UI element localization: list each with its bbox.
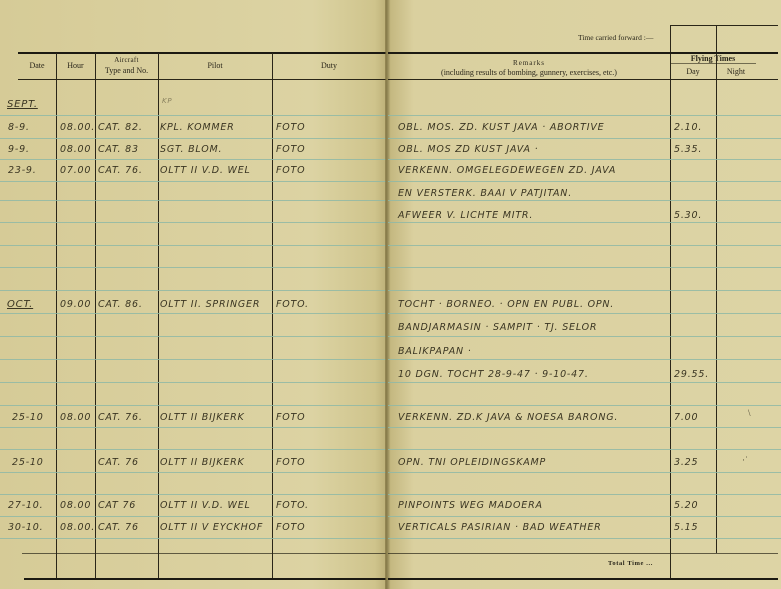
- ruled-line: [0, 336, 386, 337]
- entry-duty: Foto.: [276, 299, 309, 310]
- pilot-initials-annotation: KP: [162, 97, 172, 105]
- entry-pilot: Oltt II v.d. Wel: [160, 165, 251, 176]
- footer-rule: [22, 553, 386, 554]
- entry-hour: 08.00: [60, 500, 91, 511]
- ruled-line: [0, 472, 386, 473]
- ruled-line: [0, 245, 386, 246]
- ruled-line: [388, 538, 781, 539]
- entry-aircraft: Cat. 76: [98, 522, 139, 533]
- entry-pilot: Oltt II Bijkerk: [160, 412, 245, 423]
- col-header-duty: Duty: [272, 61, 386, 70]
- entry-hour: 07.00: [60, 165, 91, 176]
- entry-date: 25-10: [12, 457, 44, 468]
- book-gutter: [385, 0, 387, 589]
- entry-date: 23-9.: [8, 165, 37, 176]
- entry-remarks: Verkenn. Zd.k Java & Noesa Barong.: [398, 412, 618, 423]
- ruled-line: [0, 181, 386, 182]
- ruled-line: [0, 200, 386, 201]
- col-header-pilot: Pilot: [158, 61, 272, 70]
- ruled-line: [388, 245, 781, 246]
- entry-duty: Foto: [276, 412, 305, 423]
- col-header-hour: Hour: [56, 61, 95, 70]
- entry-date: 9-9.: [8, 144, 30, 155]
- col-header-aircraft-line2: Type and No.: [95, 66, 158, 75]
- entry-remarks: Bandjarmasin · Sampit · Tj. Selor: [398, 322, 597, 333]
- entry-duty: Foto: [276, 144, 305, 155]
- ruled-line: [0, 267, 386, 268]
- ruled-line: [388, 313, 781, 314]
- ruled-line: [388, 494, 781, 495]
- entry-pilot: Oltt II v Eyckhof: [160, 522, 263, 533]
- time-carried-forward-label: Time carried forward :—: [578, 33, 653, 42]
- ruled-line: [0, 449, 386, 450]
- ruled-line: [388, 472, 781, 473]
- ruled-line: [388, 382, 781, 383]
- entry-remarks: Balikpapan ·: [398, 346, 472, 357]
- ruled-line: [0, 494, 386, 495]
- ruled-line: [388, 516, 781, 517]
- tick-mark: \: [748, 408, 751, 418]
- entry-aircraft: Cat 76: [98, 500, 136, 511]
- ruled-line: [388, 159, 781, 160]
- entry-remarks: Obl. mos. Zd. kust Java · Abortive: [398, 122, 604, 133]
- entry-day-time: 3.25: [674, 457, 698, 468]
- entry-pilot: Oltt II v.d. Wel: [160, 500, 251, 511]
- entry-day-time: 5.20: [674, 500, 698, 511]
- entry-duty: Foto.: [276, 500, 309, 511]
- entry-duty: Foto: [276, 522, 305, 533]
- ruled-line: [0, 159, 386, 160]
- header-bottom-rule: [18, 79, 386, 80]
- footer-rule: [388, 553, 778, 554]
- ruled-line: [388, 267, 781, 268]
- ruled-line: [0, 290, 386, 291]
- ruled-line: [0, 359, 386, 360]
- entry-aircraft: Cat. 86.: [98, 299, 143, 310]
- entry-aircraft: Cat. 82.: [98, 122, 143, 133]
- ruled-line: [388, 200, 781, 201]
- entry-remarks: Verticals Pasirian · bad weather: [398, 522, 602, 533]
- bottom-rule: [388, 578, 778, 580]
- day-column-left-divider: [670, 25, 671, 578]
- entry-remarks: Obl. mos Zd kust Java ·: [398, 144, 538, 155]
- ruled-line: [388, 405, 781, 406]
- entry-remarks: en versterk. Baai v Patjitan.: [398, 188, 572, 199]
- right-page: Time carried forward :— Remarks (includi…: [388, 0, 781, 589]
- ruled-line: [388, 449, 781, 450]
- day-night-divider: [716, 25, 717, 553]
- col-header-night: Night: [716, 67, 756, 76]
- header-top-rule: [18, 52, 386, 54]
- carried-forward-top-rule: [670, 25, 778, 26]
- ruled-line: [388, 359, 781, 360]
- ruled-line: [0, 427, 386, 428]
- entry-aircraft: Cat. 76.: [98, 412, 143, 423]
- entry-hour: 08.00: [60, 412, 91, 423]
- entry-remarks: 10 dgn. tocht 28-9-47 · 9-10-47.: [398, 369, 589, 380]
- entry-remarks: Afweer v. lichte mitr.: [398, 210, 533, 221]
- entry-hour: 08.00: [60, 144, 91, 155]
- entry-hour: 08.00.: [60, 122, 95, 133]
- entry-date: 25-10: [12, 412, 44, 423]
- entry-hour: 08.00.: [60, 522, 95, 533]
- ruled-line: [0, 115, 386, 116]
- month-label-oct: Oct.: [7, 299, 33, 310]
- ruled-line: [388, 115, 781, 116]
- entry-day-time: 5.15: [674, 522, 698, 533]
- entry-duty: Foto: [276, 457, 305, 468]
- entry-remarks: Opn. TNI opleidingskamp: [398, 457, 546, 468]
- remarks-header-title: Remarks: [388, 59, 670, 68]
- header-bottom-rule: [388, 79, 778, 80]
- ruled-line: [388, 427, 781, 428]
- remarks-header-subtitle: (including results of bombing, gunnery, …: [388, 68, 670, 77]
- logbook-spread: Date Hour Aircraft Type and No. Pilot Du…: [0, 0, 781, 589]
- column-divider: [95, 53, 96, 578]
- entry-remarks: Verkenn. omgelegdewegen Zd. Java: [398, 165, 616, 176]
- entry-day-time: 5.35.: [674, 144, 702, 155]
- total-time-label: Total Time ...: [608, 560, 653, 567]
- ruled-line: [388, 181, 781, 182]
- entry-day-time: 2.10.: [674, 122, 702, 133]
- entry-remarks: Tocht · Borneo. · opn en publ. opn.: [398, 299, 614, 310]
- ruled-line: [0, 382, 386, 383]
- entry-day-time: 29.55.: [674, 369, 709, 380]
- ruled-line: [0, 313, 386, 314]
- entry-date: 27-10.: [8, 500, 43, 511]
- entry-aircraft: Cat. 83: [98, 144, 139, 155]
- ruled-line: [388, 138, 781, 139]
- entry-day-time: 7.00: [674, 412, 698, 423]
- ruled-line: [0, 516, 386, 517]
- ruled-line: [0, 222, 386, 223]
- column-divider: [56, 53, 57, 578]
- entry-aircraft: Cat. 76: [98, 457, 139, 468]
- entry-date: 8-9.: [8, 122, 30, 133]
- entry-day-time: 5.30.: [674, 210, 702, 221]
- ruled-line: [0, 405, 386, 406]
- entry-remarks: Pinpoints weg Madoera: [398, 500, 543, 511]
- entry-date: 30-10.: [8, 522, 43, 533]
- entry-pilot: Kpl. Kommer: [160, 122, 235, 133]
- ruled-line: [0, 538, 386, 539]
- month-label-sept: Sept.: [7, 99, 38, 110]
- ruled-line: [388, 222, 781, 223]
- col-header-day: Day: [670, 67, 716, 76]
- ruled-line: [388, 336, 781, 337]
- col-header-date: Date: [18, 61, 56, 70]
- col-header-aircraft-line1: Aircraft: [95, 56, 158, 65]
- left-page: Date Hour Aircraft Type and No. Pilot Du…: [0, 0, 386, 589]
- entry-pilot: Oltt II. Springer: [160, 299, 260, 310]
- flying-times-sub-rule: [670, 63, 756, 64]
- entry-pilot: Sgt. Blom.: [160, 144, 222, 155]
- entry-pilot: Oltt II Bijkerk: [160, 457, 245, 468]
- ruled-line: [388, 290, 781, 291]
- column-divider: [158, 53, 159, 578]
- entry-hour: 09.00: [60, 299, 91, 310]
- entry-aircraft: Cat. 76.: [98, 165, 143, 176]
- ruled-line: [0, 138, 386, 139]
- entry-duty: Foto: [276, 165, 305, 176]
- column-divider: [272, 53, 273, 578]
- flying-times-header: Flying Times: [670, 54, 756, 63]
- tick-mark: ·˙: [742, 455, 748, 465]
- bottom-rule: [24, 578, 386, 580]
- entry-duty: Foto: [276, 122, 305, 133]
